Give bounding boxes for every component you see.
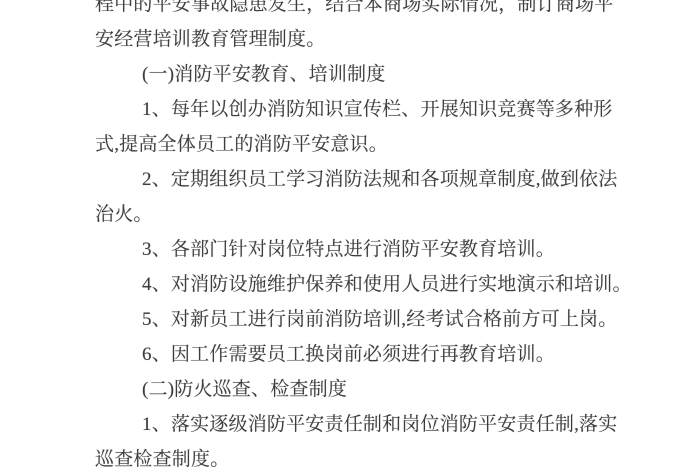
text-line: 6、因工作需要员工换岗前必须进行再教育培训。 [95, 337, 635, 372]
text-line: 巡查检查制度。 [95, 442, 635, 470]
text-line: 2、定期组织员工学习消防法规和各项规章制度,做到依法 [95, 162, 635, 197]
scanned-document-page: 程中的平安事故隐患发生，结合本商场实际情况，制订商场平 安经营培训教育管理制度。… [0, 0, 700, 470]
section-heading: (二)防火巡查、检查制度 [95, 372, 635, 407]
text-line: 安经营培训教育管理制度。 [95, 22, 635, 57]
text-line: 5、对新员工进行岗前消防培训,经考试合格前方可上岗。 [95, 302, 635, 337]
text-line: 1、每年以创办消防知识宣传栏、开展知识竞赛等多种形 [95, 92, 635, 127]
text-line: 程中的平安事故隐患发生，结合本商场实际情况，制订商场平 [95, 0, 635, 22]
text-line: 1、落实逐级消防平安责任制和岗位消防平安责任制,落实 [95, 407, 635, 442]
text-line: 3、各部门针对岗位特点进行消防平安教育培训。 [95, 232, 635, 267]
document-text: 程中的平安事故隐患发生，结合本商场实际情况，制订商场平 安经营培训教育管理制度。… [95, 0, 635, 470]
text-line: 治火。 [95, 197, 635, 232]
section-heading: (一)消防平安教育、培训制度 [95, 57, 635, 92]
text-line: 式,提高全体员工的消防平安意识。 [95, 127, 635, 162]
text-line: 4、对消防设施维护保养和使用人员进行实地演示和培训。 [95, 267, 635, 302]
